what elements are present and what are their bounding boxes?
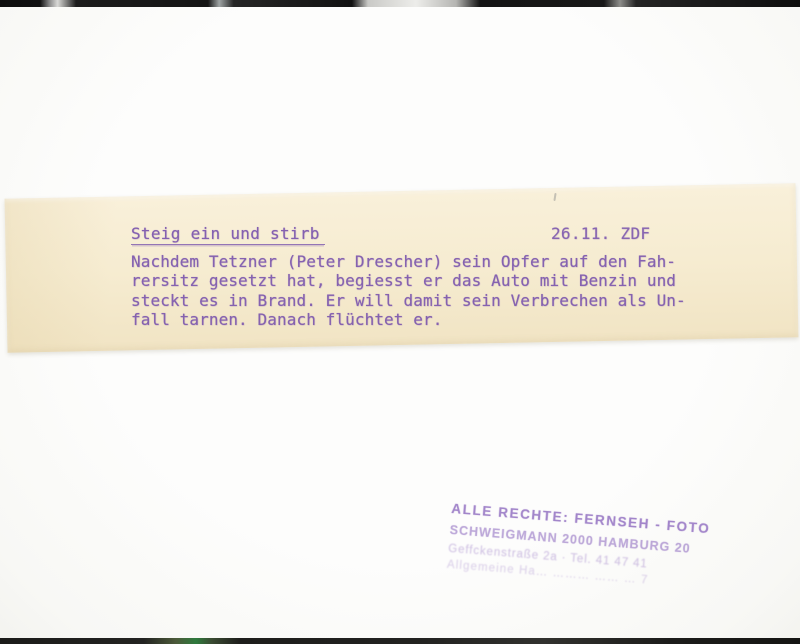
photo-bottom-edge bbox=[0, 638, 800, 644]
caption-title: Steig ein und stirb bbox=[131, 224, 325, 245]
caption-broadcast-date: 26.11. ZDF bbox=[551, 224, 650, 243]
photo-back: Steig ein und stirb 26.11. ZDF Nachdem T… bbox=[0, 0, 800, 644]
caption-body: Nachdem Tetzner (Peter Drescher) sein Op… bbox=[131, 252, 686, 329]
